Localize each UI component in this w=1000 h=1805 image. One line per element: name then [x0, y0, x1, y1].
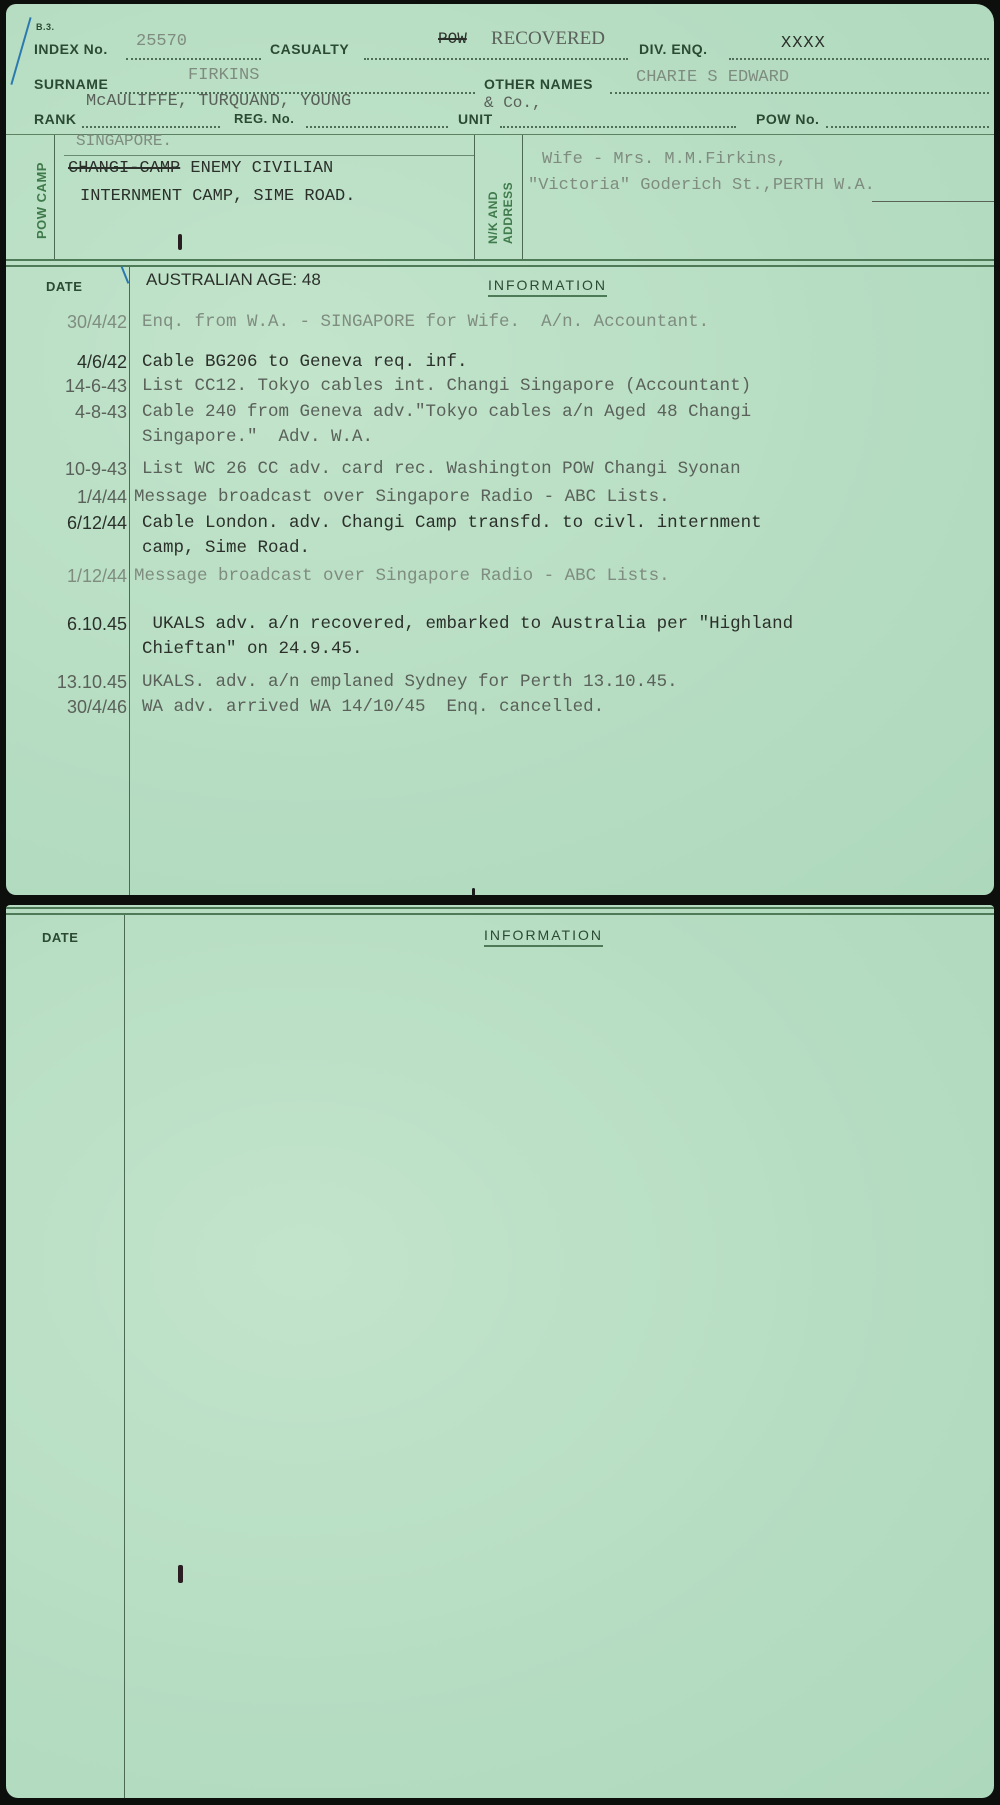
- entry-date: 4-8-43: [75, 402, 127, 423]
- entry-date: 30/4/46: [67, 697, 127, 718]
- entry-text: Singapore." Adv. W.A.: [142, 427, 373, 447]
- other-names-value: CHARIE S EDWARD: [636, 68, 789, 87]
- pow-camp-line2-text: ENEMY CIVILIAN: [190, 159, 333, 178]
- nk-label-line2: ADDRESS: [501, 182, 515, 244]
- entry-text: Cable London. adv. Changi Camp transfd. …: [142, 513, 762, 533]
- pow-camp-struck-text: CHANGI-CAMP: [68, 159, 180, 178]
- entry-text: camp, Sime Road.: [142, 538, 310, 558]
- entry-date: 6/12/44: [67, 513, 127, 534]
- index-no-label: INDEX No.: [34, 41, 108, 57]
- entry-text: Message broadcast over Singapore Radio -…: [134, 566, 670, 586]
- nk-address-line1: Wife - Mrs. M.M.Firkins,: [542, 150, 787, 169]
- back-ink-blot: [178, 1565, 183, 1583]
- pow-camp-left-rule: [54, 135, 55, 259]
- back-top-rule-2: [6, 913, 994, 915]
- entry-text: List CC12. Tokyo cables int. Changi Sing…: [142, 376, 751, 396]
- tear-mark: [472, 888, 475, 896]
- entry-text: Message broadcast over Singapore Radio -…: [134, 487, 670, 507]
- div-enq-dots: [729, 58, 989, 60]
- entry-date: 6.10.45: [67, 614, 127, 635]
- pow-camp-sub-rule: [64, 155, 474, 156]
- index-card-back: DATE INFORMATION: [6, 905, 994, 1798]
- entry-date: 13.10.45: [57, 672, 127, 693]
- pow-camp-label: POW CAMP: [34, 162, 49, 239]
- entry-date: 10-9-43: [65, 459, 127, 480]
- australian-age-note: AUSTRALIAN AGE: 48: [146, 270, 321, 290]
- nk-left-rule: [474, 135, 475, 259]
- entry-text: List WC 26 CC adv. card rec. Washington …: [142, 459, 741, 479]
- entry-date: 30/4/42: [67, 312, 127, 333]
- entry-text: Cable 240 from Geneva adv."Tokyo cables …: [142, 402, 751, 422]
- entry-text: Enq. from W.A. - SINGAPORE for Wife. A/n…: [142, 312, 709, 332]
- table-top-rule-2: [6, 265, 994, 267]
- other-names-dots: [610, 92, 989, 94]
- nk-address-line2: "Victoria" Goderich St.,PERTH W.A.: [528, 176, 875, 195]
- surname-value: FIRKINS: [188, 66, 259, 85]
- other-names-label: OTHER NAMES: [484, 76, 593, 92]
- pow-camp-line3: INTERNMENT CAMP, SIME ROAD.: [80, 187, 355, 206]
- entry-date: 4/6/42: [77, 352, 127, 373]
- back-date-column-rule: [124, 915, 125, 1798]
- casualty-struck-value: POW: [438, 30, 467, 48]
- pow-no-label: POW No.: [756, 111, 819, 127]
- pow-camp-line1: SINGAPORE.: [76, 132, 172, 150]
- unit-value: & Co.,: [484, 94, 542, 112]
- unit-label: UNIT: [458, 111, 493, 127]
- reg-no-dots: [306, 126, 448, 128]
- form-code: B.3.: [36, 22, 55, 32]
- rank-label: RANK: [34, 111, 76, 127]
- entry-date: 1/12/44: [67, 566, 127, 587]
- entry-text: Chieftan" on 24.9.45.: [142, 639, 363, 659]
- index-no-dots: [126, 58, 261, 60]
- table-top-rule-1: [6, 259, 994, 261]
- nk-right-rule: [522, 135, 523, 259]
- nk-label-line1: N/K AND: [486, 191, 500, 244]
- information-header: INFORMATION: [488, 277, 607, 297]
- ink-blot: [178, 234, 182, 250]
- entry-text: UKALS adv. a/n recovered, embarked to Au…: [142, 614, 793, 634]
- entry-date: 1/4/44: [77, 487, 127, 508]
- entry-text: Cable BG206 to Geneva req. inf.: [142, 352, 468, 372]
- unit-dots: [500, 126, 736, 128]
- entry-date: 14-6-43: [65, 376, 127, 397]
- blue-pencil-tick: [121, 266, 130, 283]
- date-header: DATE: [46, 279, 82, 294]
- index-no-value: 25570: [136, 32, 187, 51]
- casualty-value: RECOVERED: [491, 28, 605, 50]
- date-column-rule: [129, 267, 130, 895]
- casualty-label: CASUALTY: [270, 41, 349, 57]
- perth-underline: [872, 201, 994, 202]
- back-top-rule-1: [6, 907, 994, 909]
- rank-dots: [82, 126, 220, 128]
- div-enq-label: DIV. ENQ.: [639, 41, 708, 57]
- back-information-header: INFORMATION: [484, 927, 603, 947]
- blue-pencil-mark: [10, 17, 31, 85]
- div-enq-value: XXXX: [781, 34, 826, 53]
- entry-text: WA adv. arrived WA 14/10/45 Enq. cancell…: [142, 697, 604, 717]
- casualty-dots: [364, 58, 628, 60]
- reg-no-label: REG. No.: [234, 111, 294, 126]
- surname-label: SURNAME: [34, 76, 108, 92]
- back-date-header: DATE: [42, 930, 78, 945]
- pow-camp-line2: CHANGI-CAMP ENEMY CIVILIAN: [68, 159, 333, 178]
- index-card-front: B.3. INDEX No. 25570 CASUALTY POW RECOVE…: [6, 4, 994, 895]
- rank-value: McAULIFFE, TURQUAND, YOUNG: [86, 92, 351, 111]
- pow-no-dots: [826, 126, 989, 128]
- entry-text: UKALS. adv. a/n emplaned Sydney for Pert…: [142, 672, 678, 692]
